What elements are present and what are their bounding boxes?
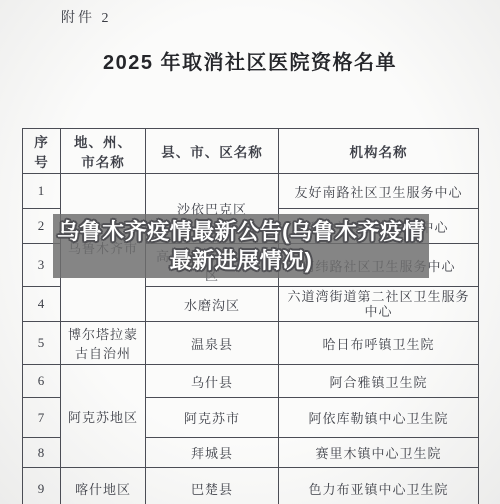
- serial-cell: 1: [23, 174, 61, 209]
- serial-cell: 7: [23, 398, 61, 438]
- cancelled-hospitals-table: 序号 地、州、市名称 县、市、区名称 机构名称 1 乌鲁木齐市 沙依巴克区 友好…: [22, 128, 479, 504]
- prefecture-cell: 阿克苏地区: [61, 365, 146, 468]
- page-title: 2025 年取消社区医院资格名单: [0, 46, 500, 75]
- header-prefecture: 地、州、市名称: [61, 129, 146, 174]
- watermark-line-2: 最新进展情况): [170, 246, 313, 275]
- table-header-row: 序号 地、州、市名称 县、市、区名称 机构名称: [23, 129, 479, 174]
- institution-cell: 阿合雅镇卫生院: [279, 365, 479, 398]
- institution-cell: 哈日布呼镇卫生院: [279, 322, 479, 365]
- county-cell: 温泉县: [146, 322, 279, 365]
- institution-cell: 六道湾街道第二社区卫生服务中心: [279, 287, 479, 322]
- county-cell: 乌什县: [146, 365, 279, 398]
- serial-cell: 9: [23, 468, 61, 504]
- prefecture-cell: 博尔塔拉蒙古自治州: [61, 322, 146, 365]
- serial-cell: 8: [23, 438, 61, 468]
- table-row: 9 喀什地区 巴楚县 色力布亚镇中心卫生院: [23, 468, 479, 504]
- institution-cell: 友好南路社区卫生服务中心: [279, 174, 479, 209]
- institution-cell: 阿依库勒镇中心卫生院: [279, 398, 479, 438]
- county-cell: 水磨沟区: [146, 287, 279, 322]
- prefecture-cell: 喀什地区: [61, 468, 146, 504]
- attachment-label: 附件 2: [61, 7, 112, 27]
- county-cell: 拜城县: [146, 438, 279, 468]
- watermark-line-1: 乌鲁木齐疫情最新公告(乌鲁木齐疫情: [57, 217, 425, 246]
- header-county: 县、市、区名称: [146, 129, 279, 174]
- watermark-overlay: 乌鲁木齐疫情最新公告(乌鲁木齐疫情 最新进展情况): [53, 214, 429, 278]
- header-institution: 机构名称: [279, 129, 479, 174]
- table-row: 1 乌鲁木齐市 沙依巴克区 友好南路社区卫生服务中心: [23, 174, 479, 209]
- header-serial: 序号: [23, 129, 61, 174]
- serial-cell: 5: [23, 322, 61, 365]
- table-row: 6 阿克苏地区 乌什县 阿合雅镇卫生院: [23, 365, 479, 398]
- institution-cell: 色力布亚镇中心卫生院: [279, 468, 479, 504]
- serial-cell: 4: [23, 287, 61, 322]
- county-cell: 巴楚县: [146, 468, 279, 504]
- table-row: 5 博尔塔拉蒙古自治州 温泉县 哈日布呼镇卫生院: [23, 322, 479, 365]
- institution-cell: 赛里木镇中心卫生院: [279, 438, 479, 468]
- county-cell: 阿克苏市: [146, 398, 279, 438]
- serial-cell: 6: [23, 365, 61, 398]
